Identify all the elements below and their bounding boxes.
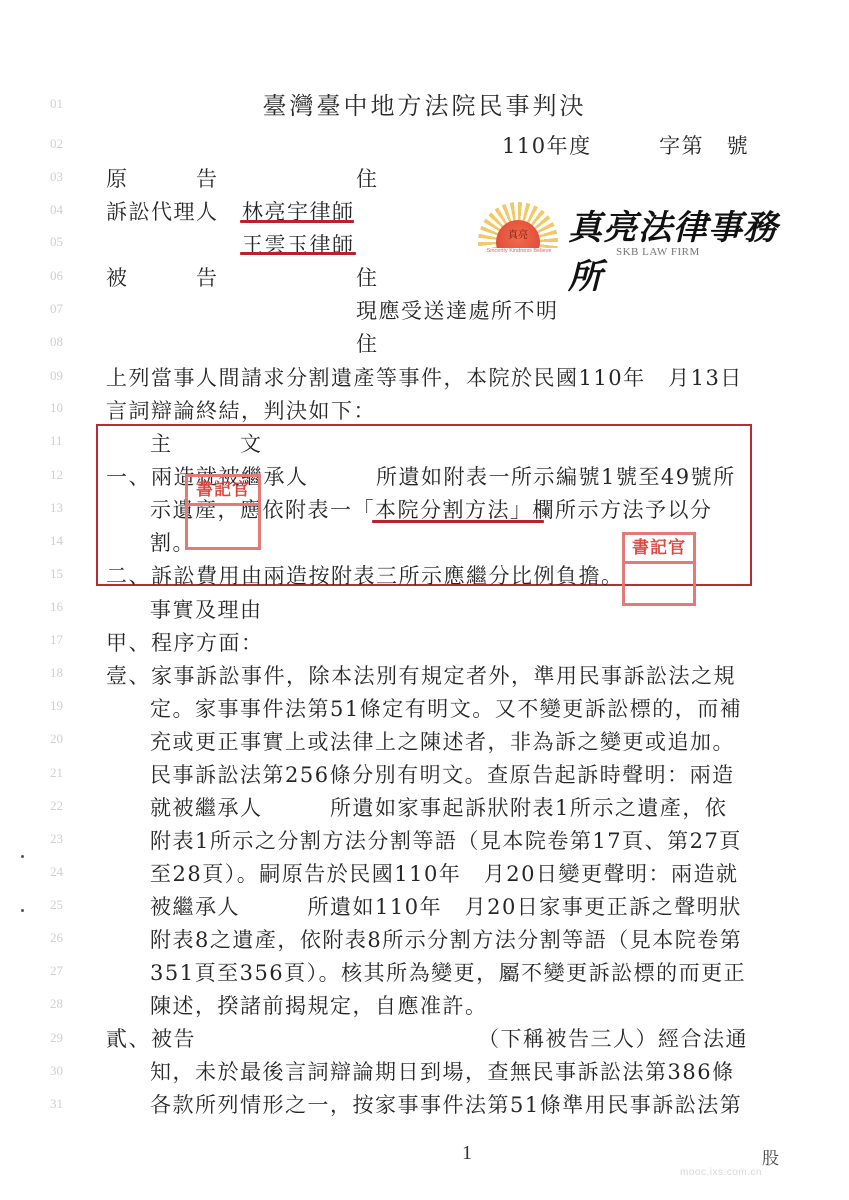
facts-heading: 事實及理由	[150, 594, 263, 624]
para-2-line-30: 知，未於最後言詞辯論期日到場，查無民事訴訟法第386條	[150, 1056, 735, 1086]
plaintiff-address: 住	[356, 163, 379, 193]
line-number: 24	[50, 864, 90, 880]
line-number: 23	[50, 831, 90, 847]
para-2-line-29-b: （下稱被告三人）經合法通	[478, 1023, 748, 1053]
intro-line-10: 言詞辯論終結，判決如下：	[106, 395, 376, 425]
case-number: 110年度 字第 號	[502, 130, 749, 160]
para-2-line-29-a: 貳、被告	[106, 1023, 196, 1053]
line-number: 05	[50, 234, 90, 250]
main-text-heading: 主 文	[150, 428, 263, 458]
scan-speck	[21, 855, 24, 858]
section-mark: 股	[762, 1144, 779, 1169]
para-1-line-20: 充或更正事實上或法律上之陳述者，非為訴之變更或追加。	[150, 726, 735, 756]
division-method-underline	[372, 520, 544, 523]
defendant-address-2: 現應受送達處所不明	[356, 295, 559, 325]
seal-text: 真亮	[478, 226, 558, 241]
para-1-line-23: 附表1所示之分割方法分割等語（見本院卷第17頁、第27頁	[150, 825, 742, 855]
line-number: 26	[50, 930, 90, 946]
clerk-stamp-1: 書記官	[185, 474, 261, 550]
line-number: 20	[50, 731, 90, 747]
line-number: 21	[50, 765, 90, 781]
para-1-line-27: 351頁至356頁）。核其所為變更，屬不變更訴訟標的而更正	[150, 957, 746, 987]
line-number: 28	[50, 996, 90, 1012]
law-firm-logo: 真亮 Sincerity Kindness Believe 真亮法律事務所 SK…	[478, 196, 778, 266]
para-1-line-19: 定。家事事件法第51條定有明文。又不變更訴訟標的，而補	[150, 693, 742, 723]
para-1-line-21: 民事訴訟法第256條分別有明文。查原告起訴時聲明：兩造	[150, 759, 735, 789]
watermark: mooc.ixs.com.cn	[680, 1167, 762, 1178]
clerk-stamp-2: 書記官	[622, 532, 696, 606]
page-number: 1	[462, 1142, 472, 1165]
line-number: 02	[50, 136, 90, 152]
line-number: 27	[50, 963, 90, 979]
agent-2-underline	[240, 252, 356, 255]
line-number: 11	[50, 433, 90, 449]
scan-speck	[21, 909, 24, 912]
clerk-stamp-label: 書記官	[188, 477, 258, 506]
line-number: 30	[50, 1063, 90, 1079]
defendant-label: 被 告	[106, 262, 219, 292]
part-a-heading: 甲、程序方面：	[106, 627, 264, 657]
line-number: 08	[50, 334, 90, 350]
sun-emblem-icon: 真亮	[478, 202, 558, 248]
para-1-line-22: 就被繼承人 所遺如家事起訴狀附表1所示之遺產，依	[150, 792, 727, 822]
line-number: 07	[50, 301, 90, 317]
line-number: 04	[50, 202, 90, 218]
line-number: 18	[50, 665, 90, 681]
line-number: 22	[50, 798, 90, 814]
court-title: 臺灣臺中地方法院民事判決	[0, 86, 849, 121]
agent-1-underline	[240, 220, 354, 223]
para-1-line-24: 至28頁）。嗣原告於民國110年 月20日變更聲明：兩造就	[150, 858, 739, 888]
court-division-method-highlight: 「本院分割方法」	[353, 498, 533, 522]
para-1-line-18: 壹、家事訴訟事件，除本法別有規定者外，準用民事訴訟法之規	[106, 660, 736, 690]
line-number: 14	[50, 533, 90, 549]
para-1-line-26: 附表8之遺產，依附表8所示分割方法分割等語（見本院卷第	[150, 924, 742, 954]
line-number: 03	[50, 169, 90, 185]
line-number: 15	[50, 566, 90, 582]
main-item-2: 二、訴訟費用由兩造按附表三所示應繼分比例負擔。	[106, 560, 624, 590]
para-2-line-31: 各款所列情形之一，按家事事件法第51條準用民事訴訟法第	[150, 1089, 742, 1119]
para-1-line-25: 被繼承人 所遺如110年 月20日家事更正訴之聲明狀	[150, 891, 742, 921]
line-number: 06	[50, 268, 90, 284]
firm-name-en: SKB LAW FIRM	[616, 246, 700, 258]
line-number: 16	[50, 599, 90, 615]
judgment-page: 01 02 03 04 05 06 07 08 09 10 11 12 13 1…	[0, 0, 849, 1200]
line-number: 12	[50, 467, 90, 483]
para-1-line-28: 陳述，揆諸前揭規定，自應准許。	[150, 990, 488, 1020]
plaintiff-label: 原 告	[106, 163, 219, 193]
defendant-address-3: 住	[356, 328, 379, 358]
main-item-1-text-b: 欄所示方法予以分	[533, 498, 713, 522]
line-number: 19	[50, 698, 90, 714]
line-number: 10	[50, 400, 90, 416]
line-number: 09	[50, 368, 90, 384]
line-number: 13	[50, 500, 90, 516]
line-number: 25	[50, 897, 90, 913]
logo-tagline: Sincerity Kindness Believe	[478, 248, 560, 254]
defendant-address-1: 住	[356, 262, 379, 292]
agent-label: 訴訟代理人	[106, 196, 219, 226]
clerk-stamp-label: 書記官	[625, 535, 693, 564]
intro-line-09: 上列當事人間請求分割遺產等事件，本院於民國110年 月13日	[106, 362, 743, 392]
line-number: 17	[50, 632, 90, 648]
line-number: 31	[50, 1096, 90, 1112]
line-number: 29	[50, 1030, 90, 1046]
